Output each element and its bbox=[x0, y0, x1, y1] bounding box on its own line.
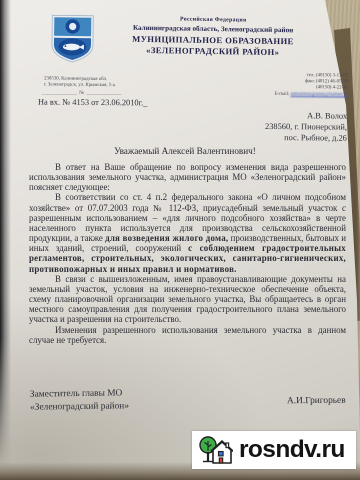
letter-body: В ответ на Ваше обращение по вопросу изм… bbox=[29, 162, 346, 345]
watermark-site-text: rosndv.ru bbox=[239, 436, 345, 464]
signature-position-line2: «Зеленоградский район» bbox=[30, 400, 129, 414]
site-watermark: rosndv.ru bbox=[192, 431, 356, 469]
signature-name: А.И.Григорьев bbox=[287, 396, 346, 407]
letterhead: Российская Федерация Калининградская обл… bbox=[108, 15, 319, 57]
paragraph-2: В соответствии со ст. 4 п.2 федерального… bbox=[29, 192, 346, 273]
signature-position-block: Заместитель главы МО «Зеленоградский рай… bbox=[30, 387, 129, 414]
paragraph-2-bold-1: для возведения жилого дома, bbox=[105, 233, 228, 243]
letter-content: Российская Федерация Калининградская обл… bbox=[0, 0, 360, 480]
sender-contacts-block: тел. (40150) 3-13-62 факс (4012) 46-05-3… bbox=[236, 72, 348, 98]
sender-address-block: 238530, Калининградская обл. г. Зеленогр… bbox=[44, 76, 154, 90]
email-value: admzelenogradsk@baltnet.ru bbox=[291, 92, 348, 98]
paragraph-4: Изменения разрешенного использования зем… bbox=[29, 325, 346, 345]
incoming-reference-line: На вх. № 4153 от 23.06.2010г._ bbox=[38, 98, 147, 108]
sender-email-line: E-mail: admzelenogradsk@baltnet.ru bbox=[236, 91, 348, 98]
email-label: E-mail: bbox=[275, 92, 290, 97]
coat-of-arms-icon bbox=[50, 14, 96, 69]
paragraph-1: В ответ на Ваше обращение по вопросу изм… bbox=[29, 162, 346, 192]
addressee-address-line2: пос. Рыбное, д.26 bbox=[197, 132, 347, 145]
sender-address-line2: г. Зеленоградск, ул. Крымская, 5-а bbox=[44, 83, 154, 90]
tree-and-house-icon bbox=[199, 434, 233, 466]
letterhead-org-line2: «ЗЕЛЕНОГРАДСКИЙ РАЙОН» bbox=[108, 44, 318, 57]
addressee-block: А.В. Волох 238560, г. Пионерский, пос. Р… bbox=[197, 109, 347, 144]
reference-blank-line: ___________ № ___________ bbox=[42, 90, 122, 96]
salutation: Уважаемый Алексей Валентинович! bbox=[30, 146, 340, 156]
document-photo: Российская Федерация Калининградская обл… bbox=[0, 0, 360, 480]
paragraph-3: В связи с вышеизложенным, имея правоуста… bbox=[29, 274, 346, 325]
